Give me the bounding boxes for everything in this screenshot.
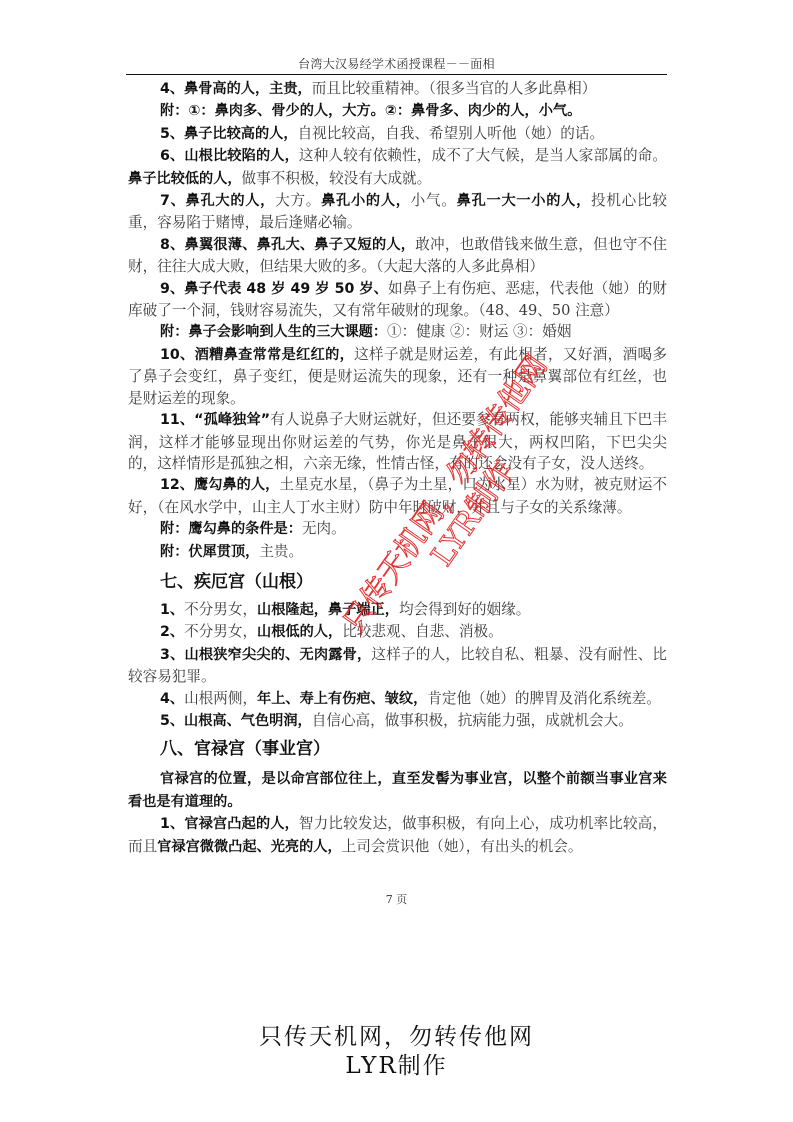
bold-text: 鼻孔一大一小的人， xyxy=(457,193,591,209)
bold-text: 鼻孔小的人， xyxy=(321,193,411,209)
body-text: 做事不积极，较没有大成就。 xyxy=(242,170,432,187)
paragraph-p10: 10、酒糟鼻查常常是红红的，这样子就是财运差，有此相者，又好酒，酒喝多了鼻子会变… xyxy=(128,344,667,409)
section-heading-jie-e-gong: 七、疾厄宫（山根） xyxy=(160,569,667,595)
bold-text: 官禄宫的位置，是以命宫部位往上，直至发髻为事业宫，以整个前额当事业宫来看也是有道… xyxy=(128,771,667,809)
bold-text: 年上、寿上有伤疤、皱纹， xyxy=(257,691,427,707)
section-heading-guan-lu-gong: 八、官禄宫（事业宫） xyxy=(160,736,667,762)
bold-text: 2、 xyxy=(160,624,184,640)
bold-text: 11、“孤峰独耸” xyxy=(160,412,270,428)
document-body: 4、鼻骨高的人，主贵，而且比较重精神。（很多当官的人多此鼻相）附：①：鼻肉多、骨… xyxy=(128,78,667,858)
bold-text: 1、 xyxy=(160,602,184,618)
body-text: 肯定他（她）的脾胃及消化系统差。 xyxy=(427,690,661,707)
bold-text: 附：鼻子会影响到人生的三大课题： xyxy=(160,324,387,340)
bold-text: 9、鼻子代表 48 岁 49 岁 50 岁、 xyxy=(160,281,388,297)
body-text: 自信心高，做事积极，抗病能力强，成就机会大。 xyxy=(312,712,633,729)
body-text: 均会得到好的姻缘。 xyxy=(399,601,530,618)
paragraph-p9: 9、鼻子代表 48 岁 49 岁 50 岁、如鼻子上有伤疤、恶痣，代表他（她）的… xyxy=(128,278,667,322)
body-text: 而且比较重精神。（很多当官的人多此鼻相） xyxy=(312,80,597,97)
body-text: 比较悲观、自悲、消极。 xyxy=(342,623,503,640)
paragraph-p11: 11、“孤峰独耸”有人说鼻子大财运就好，但还要参看两权，能够夹辅且下巴丰润，这样… xyxy=(128,409,667,474)
bold-text: 附：鹰勾鼻的条件是： xyxy=(160,521,302,537)
bold-text: 12、鹰勾鼻的人， xyxy=(160,477,279,493)
paragraph-p4a: 附：①：鼻肉多、骨少的人，大方。②：鼻骨多、肉少的人，小气。 xyxy=(128,100,667,122)
bold-text: 官禄宫微微凸起、光亮的人， xyxy=(157,839,341,855)
bold-text: 1、官禄宫凸起的人， xyxy=(160,816,299,832)
body-text: 山根两侧， xyxy=(184,690,257,707)
paragraph-p12a: 附：鹰勾鼻的条件是：无肉。 xyxy=(128,518,667,540)
nose-section: 4、鼻骨高的人，主贵，而且比较重精神。（很多当官的人多此鼻相）附：①：鼻肉多、骨… xyxy=(128,78,667,563)
body-text: 小气。 xyxy=(411,192,457,209)
paragraph-s7p1: 1、不分男女，山根隆起，鼻子端正，均会得到好的姻缘。 xyxy=(128,599,667,621)
paragraph-s8intro: 官禄宫的位置，是以命宫部位往上，直至发髻为事业宫，以整个前额当事业宫来看也是有道… xyxy=(128,768,667,813)
paragraph-s7p4: 4、山根两侧，年上、寿上有伤疤、皱纹，肯定他（她）的脾胃及消化系统差。 xyxy=(128,688,667,710)
body-text: 主贵。 xyxy=(259,543,303,560)
body-text: 大方。 xyxy=(275,192,321,209)
header-divider xyxy=(126,74,667,75)
body-text: ①：健康 ②：财运 ③：婚姻 xyxy=(387,323,571,340)
bold-text: 鼻子比较低的人， xyxy=(128,171,242,187)
paragraph-p7: 7、鼻孔大的人，大方。鼻孔小的人，小气。鼻孔一大一小的人，投机心比较重，容易陷于… xyxy=(128,190,667,234)
paragraph-p5: 5、鼻子比较高的人，自视比较高，自我、希望别人听他（她）的话。 xyxy=(128,123,667,145)
bold-text: 附：伏犀贯顶， xyxy=(160,544,259,560)
bold-text: 山根隆起，鼻子端正， xyxy=(257,602,399,618)
footer-note-line-2: LYR制作 xyxy=(0,1047,793,1080)
page-header-title: 台湾大汉易经学术函授课程－－面相 xyxy=(126,55,667,72)
jie-e-gong-section: 1、不分男女，山根隆起，鼻子端正，均会得到好的姻缘。2、不分男女，山根低的人，比… xyxy=(128,599,667,732)
paragraph-p12: 12、鹰勾鼻的人，土星克水星，（鼻子为土星，口为水星）水为财，被克财运不好，（在… xyxy=(128,474,667,518)
body-text: 这种人较有依赖性，成不了大气候，是当人家部属的命。 xyxy=(299,147,667,164)
paragraph-p4: 4、鼻骨高的人，主贵，而且比较重精神。（很多当官的人多此鼻相） xyxy=(128,78,667,100)
bold-text: 6、山根比较陷的人， xyxy=(160,148,299,164)
body-text: 自视比较高，自我、希望别人听他（她）的话。 xyxy=(298,125,604,142)
paragraph-s8p1: 1、官禄宫凸起的人，智力比较发达，做事积极，有向上心，成功机率比较高，而且官禄宫… xyxy=(128,813,667,858)
bold-text: 山根低的人， xyxy=(257,624,342,640)
page-number: 7 页 xyxy=(126,891,667,907)
paragraph-p9a: 附：鼻子会影响到人生的三大课题：①：健康 ②：财运 ③：婚姻 xyxy=(128,321,667,343)
paragraph-s7p3: 3、山根狭窄尖尖的、无肉露骨，这样子的人，比较自私、粗暴、没有耐性、比较容易犯罪… xyxy=(128,644,667,688)
body-text: 不分男女， xyxy=(184,601,257,618)
paragraph-p8: 8、鼻翼很薄、鼻孔大、鼻子又短的人，敢冲，也敢借钱来做生意，但也守不住财，往往大… xyxy=(128,234,667,278)
bold-text: 5、鼻子比较高的人， xyxy=(160,126,298,142)
bold-text: 4、 xyxy=(160,691,184,707)
bold-text: 8、鼻翼很薄、鼻孔大、鼻子又短的人， xyxy=(160,237,415,253)
bold-text: 3、山根狭窄尖尖的、无肉露骨， xyxy=(160,647,371,663)
guan-lu-gong-section: 官禄宫的位置，是以命宫部位往上，直至发髻为事业宫，以整个前额当事业宫来看也是有道… xyxy=(128,768,667,858)
bold-text: 5、山根高、气色明润， xyxy=(160,713,312,729)
body-text: 不分男女， xyxy=(184,623,257,640)
body-text: 无肉。 xyxy=(302,520,346,537)
paragraph-p12b: 附：伏犀贯顶，主贵。 xyxy=(128,541,667,563)
bold-text: 附：①：鼻肉多、骨少的人，大方。②：鼻骨多、肉少的人，小气。 xyxy=(160,103,581,119)
paragraph-s7p2: 2、不分男女，山根低的人，比较悲观、自悲、消极。 xyxy=(128,621,667,643)
paragraph-s7p5: 5、山根高、气色明润，自信心高，做事积极，抗病能力强，成就机会大。 xyxy=(128,710,667,732)
bold-text: 7、鼻孔大的人， xyxy=(160,193,275,209)
bold-text: 4、鼻骨高的人，主贵， xyxy=(160,81,312,97)
paragraph-p6: 6、山根比较陷的人，这种人较有依赖性，成不了大气候，是当人家部属的命。鼻子比较低… xyxy=(128,145,667,190)
bold-text: 10、酒糟鼻查常常是红红的， xyxy=(160,347,354,363)
body-text: 上司会赏识他（她），有出头的机会。 xyxy=(342,838,583,855)
